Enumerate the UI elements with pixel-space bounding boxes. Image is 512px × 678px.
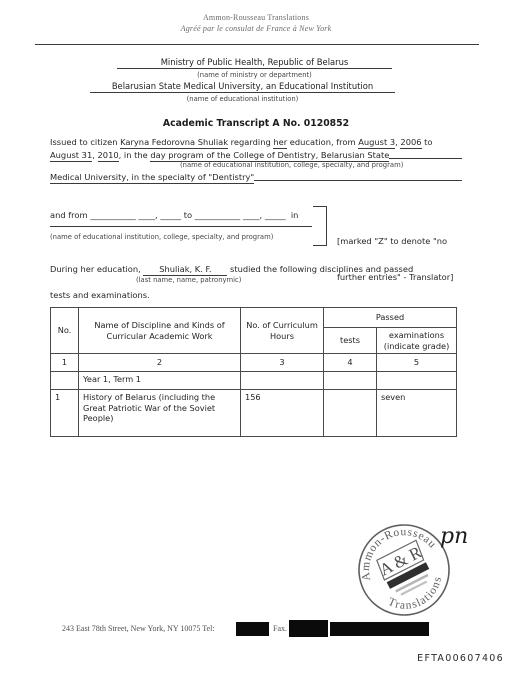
during-line-2: tests and examinations. [50, 289, 462, 301]
translator-note-line1: [marked "Z" to denote "no [337, 235, 453, 247]
redaction-bar-fax [289, 620, 328, 637]
cell-hours: 156 [241, 390, 324, 437]
stamp-arc-bottom-text: Translations [383, 571, 452, 623]
and-from-caption: (name of educational institution, colleg… [50, 233, 273, 241]
letterhead-company: Ammon-Rousseau Translations [0, 13, 512, 22]
cell-name: History of Belarus (including the Great … [79, 390, 241, 437]
table-index-row: 1 2 3 4 5 [51, 354, 457, 372]
cell-tests [324, 390, 377, 437]
index-cell: 5 [377, 354, 457, 372]
table-row-discipline: 1 History of Belarus (including the Grea… [51, 390, 457, 437]
issued-caption: (name of educational institution, colleg… [180, 161, 403, 169]
handwritten-signature: pn [440, 524, 468, 549]
z-mark-bracket [313, 206, 327, 246]
blank-line-fill [254, 171, 462, 181]
index-cell: 3 [241, 354, 324, 372]
footer-address: 243 East 78th Street, New York, NY 10075… [62, 624, 215, 633]
cell-exams [377, 372, 457, 390]
col-header-no: No. [51, 308, 79, 354]
redaction-bar-extra [330, 622, 429, 636]
col-header-passed: Passed [324, 308, 457, 328]
col-header-tests: tests [324, 328, 377, 354]
ministry-line: Ministry of Public Health, Republic of B… [117, 57, 392, 69]
col-header-exams: examinations (indicate grade) [377, 328, 457, 354]
blank-line [50, 215, 312, 227]
index-cell: 1 [51, 354, 79, 372]
document-title: Academic Transcript A No. 0120852 [0, 118, 512, 129]
issued-line-3: Medical University, in the specialty of … [50, 171, 462, 183]
col-header-name: Name of Discipline and Kinds of Curricul… [79, 308, 241, 354]
blank-line-fill [389, 149, 462, 159]
disciplines-table: No. Name of Discipline and Kinds of Curr… [50, 307, 457, 437]
bates-number: EFTA00607406 [417, 653, 504, 664]
cell-no [51, 372, 79, 390]
cell-exams: seven [377, 390, 457, 437]
issued-line-2: August 31, 2010, in the day program of t… [50, 149, 462, 161]
ministry-caption: (name of ministry or department) [117, 71, 392, 79]
index-cell: 2 [79, 354, 241, 372]
svg-text:Translations: Translations [383, 571, 452, 623]
institution-caption: (name of educational institution) [90, 95, 395, 103]
footer-fax-label: Fax. [273, 624, 287, 633]
cell-tests [324, 372, 377, 390]
during-line: During her education, Shuliak, K. F. stu… [50, 263, 462, 275]
cell-name: Year 1, Term 1 [79, 372, 241, 390]
table-row-term: Year 1, Term 1 [51, 372, 457, 390]
col-header-hours: No. of Curriculum Hours [241, 308, 324, 354]
name-caption: (last name, name, patronymic) [136, 276, 241, 284]
index-cell: 4 [324, 354, 377, 372]
cell-no: 1 [51, 390, 79, 437]
letterhead-accreditation: Agréé par le consulat de France à New Yo… [0, 24, 512, 33]
issued-line-1: Issued to citizen Karyna Fedorovna Shuli… [50, 136, 462, 148]
letterhead-rule [35, 44, 479, 45]
cell-hours [241, 372, 324, 390]
during-text-2: tests and examinations. [50, 289, 150, 301]
during-text: During her education, Shuliak, K. F. stu… [50, 263, 413, 275]
issued-line-2-text: August 31, 2010, in the day program of t… [50, 149, 389, 161]
redaction-bar-phone [236, 622, 269, 636]
transcript-page: Ammon-Rousseau Translations Agréé par le… [0, 0, 512, 678]
issued-line-1-text: Issued to citizen Karyna Fedorovna Shuli… [50, 136, 433, 148]
table-header-row-1: No. Name of Discipline and Kinds of Curr… [51, 308, 457, 328]
institution-line: Belarusian State Medical University, an … [90, 81, 395, 93]
issued-line-3-text: Medical University, in the specialty of … [50, 171, 254, 183]
